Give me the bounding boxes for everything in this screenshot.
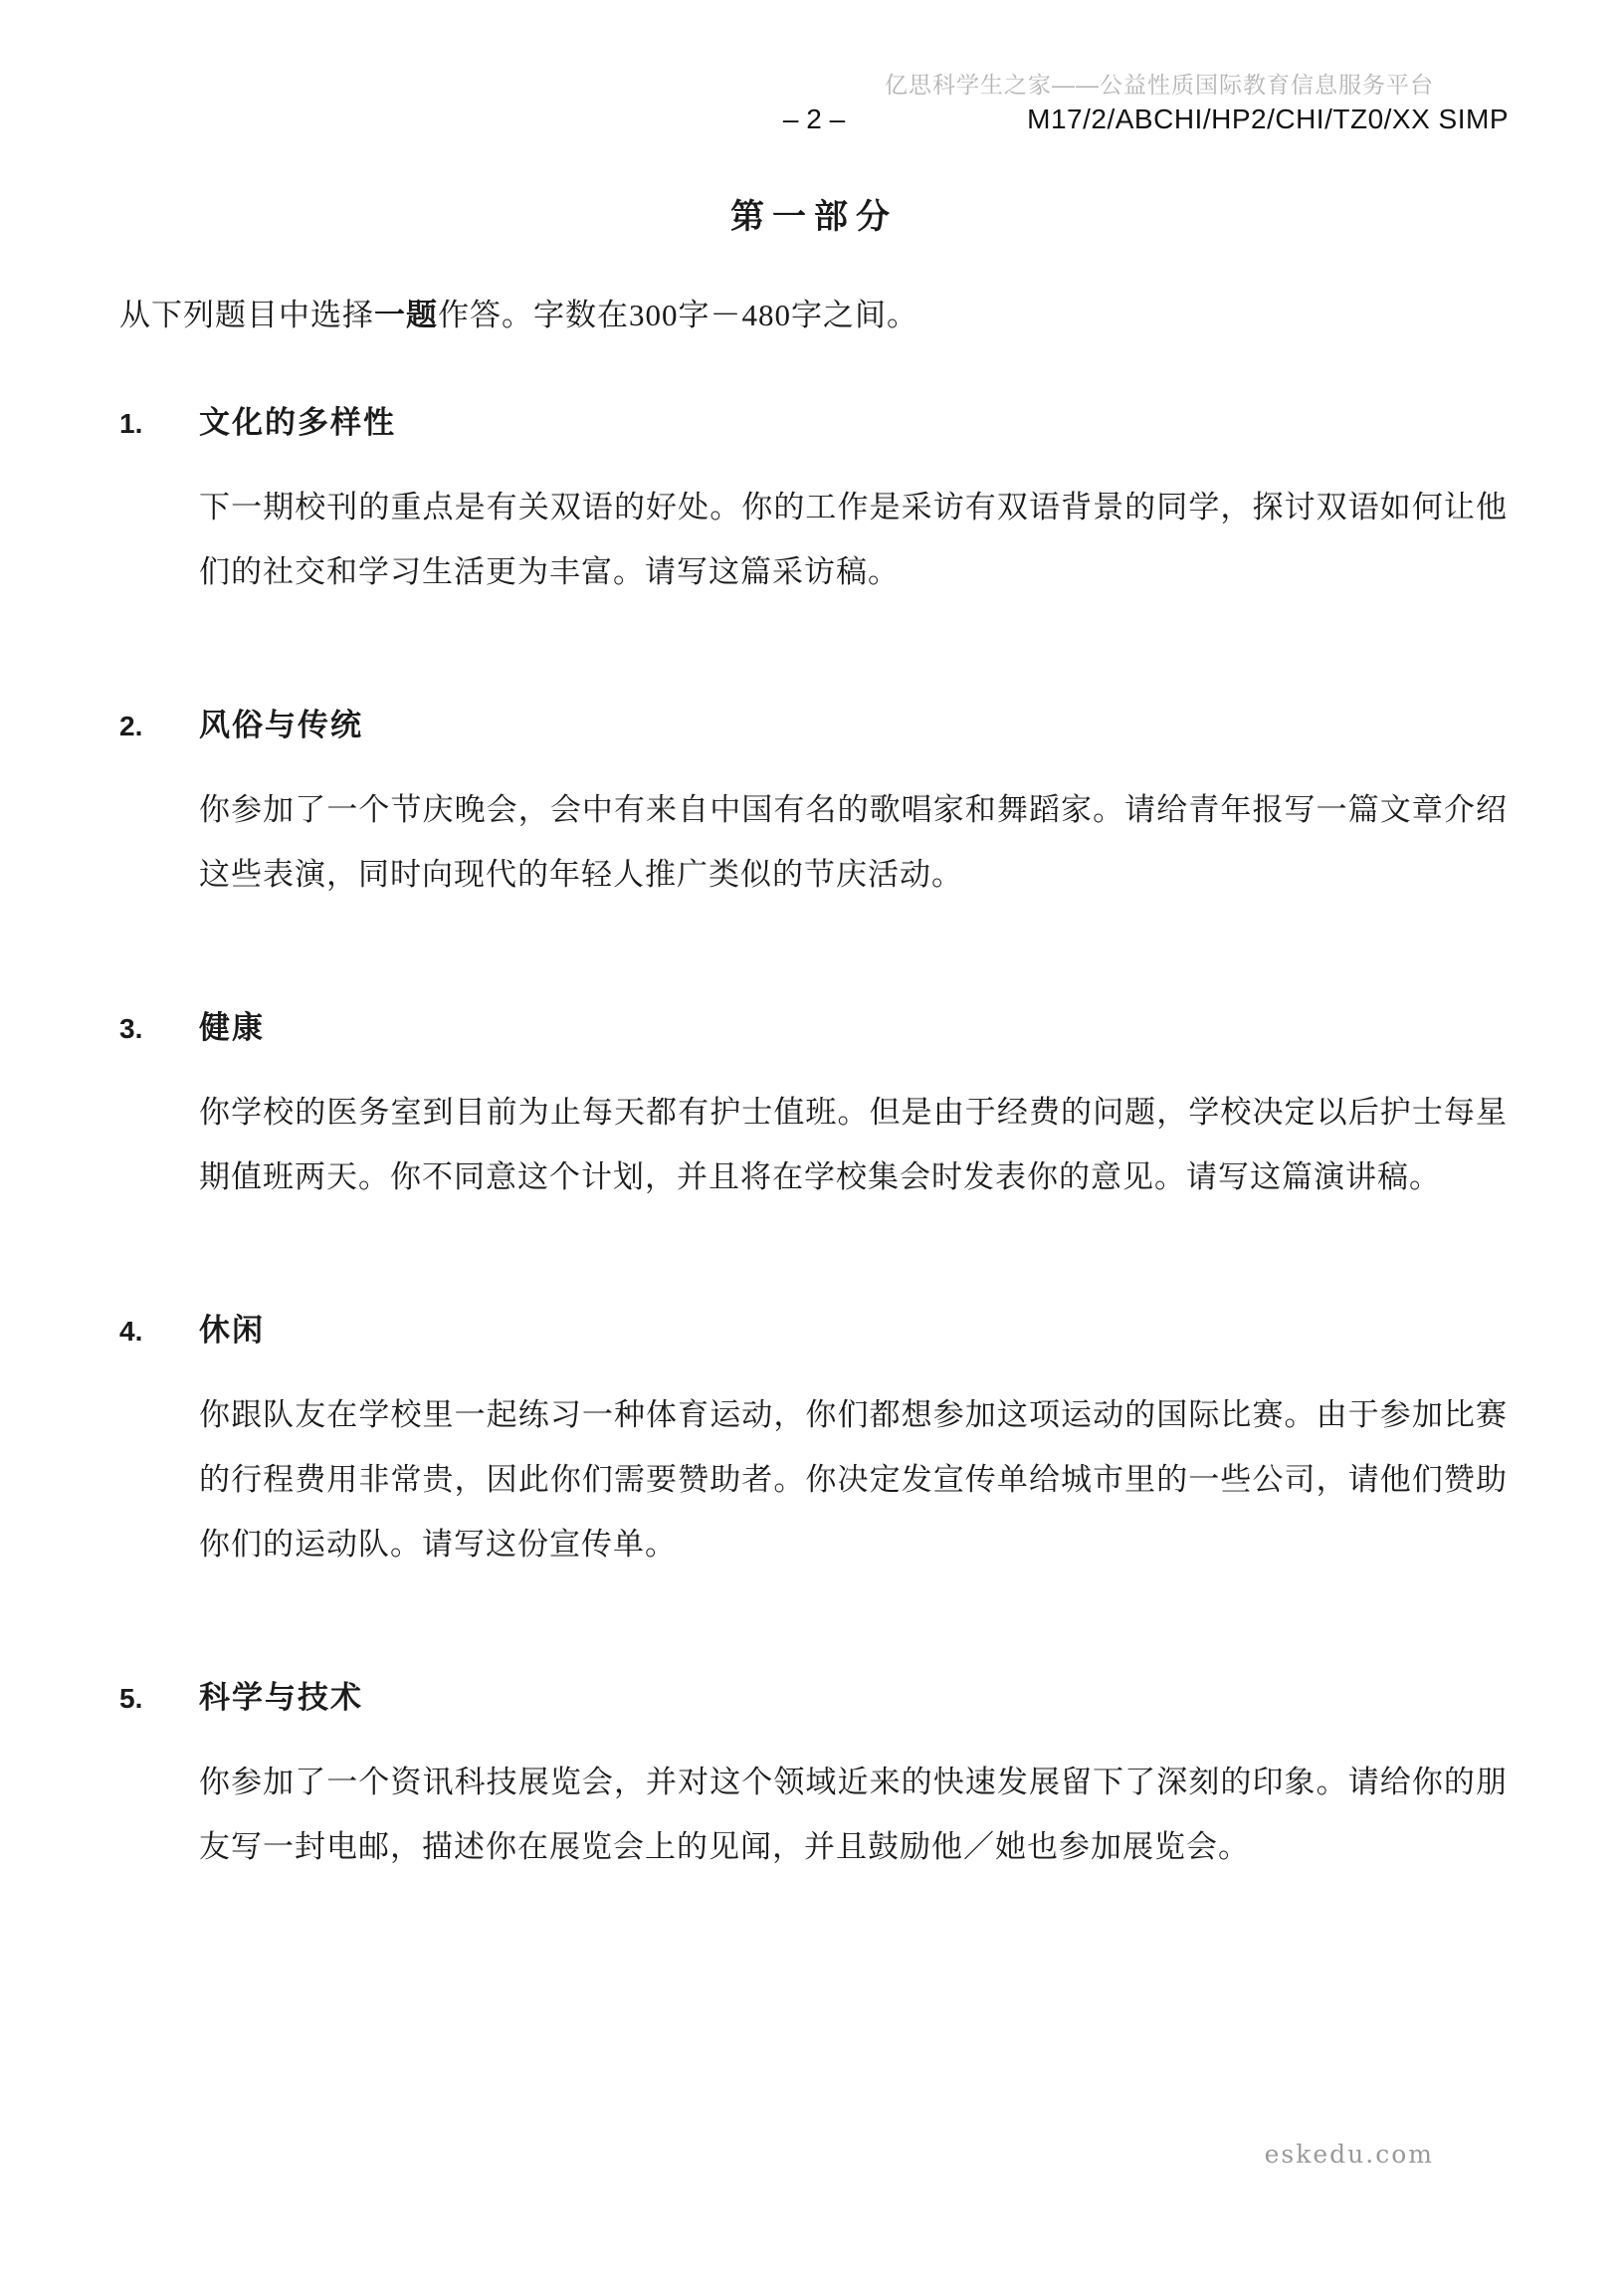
question-topic: 风俗与传统 (199, 700, 363, 744)
question-number: 4. (119, 1316, 199, 1348)
question-heading: 5. 科学与技术 (119, 1672, 1509, 1717)
question-topic: 休闲 (199, 1305, 265, 1350)
instruction-pre: 从下列题目中选择 (119, 298, 374, 332)
question-number: 2. (119, 711, 199, 742)
question-prompt-text: 你跟队友在学校里一起练习一种体育运动，你们都想参加这项运动的国际比赛。由于参加比… (199, 1382, 1508, 1576)
question-topic: 文化的多样性 (199, 397, 396, 442)
question-item: 2. 风俗与传统 你参加了一个节庆晚会，会中有来自中国有名的歌唱家和舞蹈家。请给… (119, 700, 1509, 907)
question-item: 5. 科学与技术 你参加了一个资讯科技展览会，并对这个领域近来的快速发展留下了深… (119, 1672, 1509, 1879)
question-prompt-text: 你参加了一个资讯科技展览会，并对这个领域近来的快速发展留下了深刻的印象。请给你的… (199, 1750, 1508, 1879)
instruction-post: 作答。字数在300字－480字之间。 (438, 298, 918, 332)
instruction-line: 从下列题目中选择一题作答。字数在300字－480字之间。 (119, 292, 1509, 339)
part-title: 第一部分 (119, 189, 1509, 238)
instruction-bold-choice: 一题 (374, 298, 438, 332)
question-item: 1. 文化的多样性 下一期校刊的重点是有关双语的好处。你的工作是采访有双语背景的… (119, 397, 1509, 604)
exam-paper-code: M17/2/ABCHI/HP2/CHI/TZ0/XX SIMP (1027, 104, 1509, 135)
question-prompt-text: 下一期校刊的重点是有关双语的好处。你的工作是采访有双语背景的同学，探讨双语如何让… (199, 475, 1508, 604)
question-heading: 3. 健康 (119, 1002, 1509, 1047)
platform-watermark: 亿思科学生之家——公益性质国际教育信息服务平台 (119, 70, 1509, 100)
footer-site-url: eskedu.com (1265, 2140, 1434, 2169)
question-list: 1. 文化的多样性 下一期校刊的重点是有关双语的好处。你的工作是采访有双语背景的… (119, 397, 1509, 1879)
question-number: 1. (119, 408, 199, 440)
question-item: 4. 休闲 你跟队友在学校里一起练习一种体育运动，你们都想参加这项运动的国际比赛… (119, 1305, 1509, 1576)
header-code-line: – 2 – M17/2/ABCHI/HP2/CHI/TZ0/XX SIMP (119, 104, 1509, 143)
question-topic: 科学与技术 (199, 1672, 363, 1717)
question-prompt-text: 你参加了一个节庆晚会，会中有来自中国有名的歌唱家和舞蹈家。请给青年报写一篇文章介… (199, 777, 1508, 907)
question-item: 3. 健康 你学校的医务室到目前为止每天都有护士值班。但是由于经费的问题，学校决… (119, 1002, 1509, 1209)
question-number: 5. (119, 1683, 199, 1715)
question-heading: 1. 文化的多样性 (119, 397, 1509, 442)
question-topic: 健康 (199, 1002, 265, 1047)
question-prompt-text: 你学校的医务室到目前为止每天都有护士值班。但是由于经费的问题，学校决定以后护士每… (199, 1080, 1508, 1209)
question-heading: 2. 风俗与传统 (119, 700, 1509, 744)
exam-page: 亿思科学生之家——公益性质国际教育信息服务平台 – 2 – M17/2/ABCH… (0, 0, 1623, 2296)
question-heading: 4. 休闲 (119, 1305, 1509, 1350)
question-number: 3. (119, 1013, 199, 1045)
